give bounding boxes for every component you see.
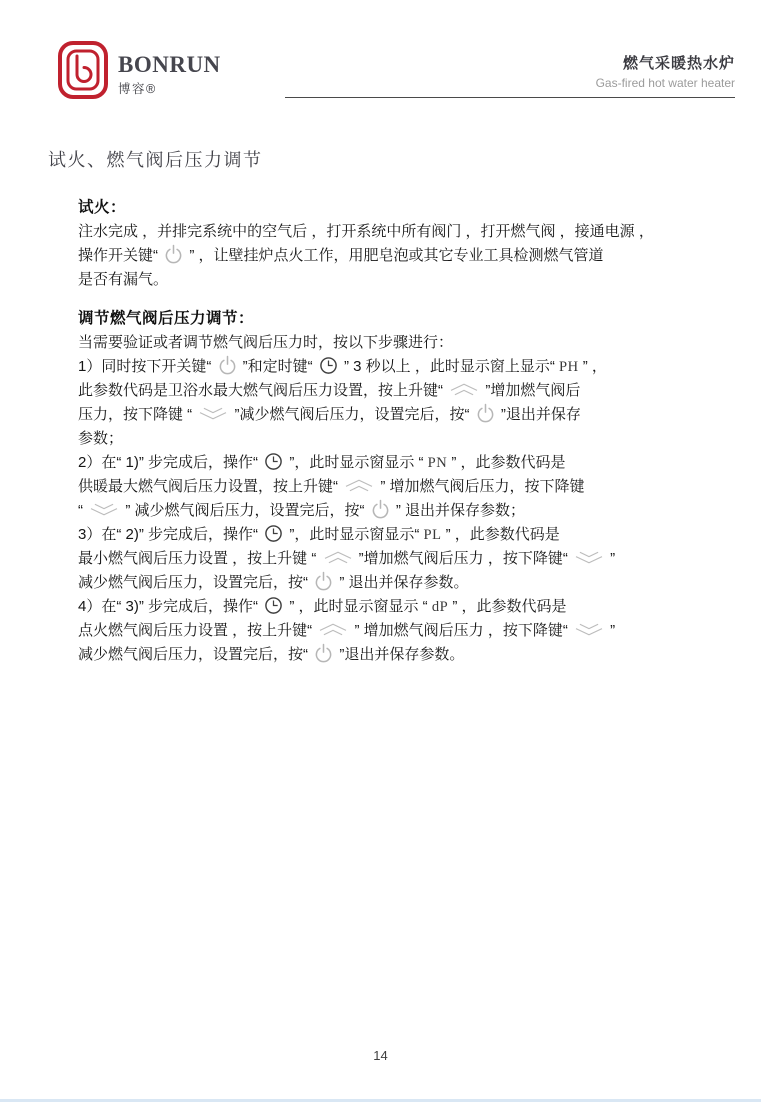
section: 试火：注水完成 ，并排完系统中的空气后 ，打开系统中所有阀门 ，打开燃气阀 ，接…: [78, 196, 738, 292]
power-key-icon: [476, 403, 495, 424]
text-run: ” ，此参数代码是: [448, 598, 566, 615]
brand-text-block: BONRUN 博容®: [118, 53, 221, 97]
text-run: ” 退出并保存参数；: [392, 502, 525, 519]
power-key-icon: [314, 571, 333, 592]
product-name-chinese: 燃气采暖热水炉: [596, 52, 735, 73]
text-line: 是否有漏气。: [78, 268, 738, 292]
text-line: 减少燃气阀后压力，设置完后，按“ ” 退出并保存参数。: [78, 571, 738, 595]
display-code: dP: [432, 599, 448, 615]
page-number: 14: [0, 1048, 761, 1063]
text-run: 减少燃气阀后压力，设置完后，按“: [78, 574, 312, 591]
text-run: ”退出并保存参数。: [335, 646, 464, 663]
brand-name-chinese: 博容®: [118, 79, 221, 97]
down-key-icon: [574, 623, 604, 636]
text-run: 4）在“ 3)” 步完成后，操作“: [78, 598, 262, 615]
text-run: ” ，此时显示窗显示 “: [285, 598, 432, 615]
display-code: PN: [428, 455, 448, 471]
text-run: 3）在“ 2)” 步完成后，操作“: [78, 526, 262, 543]
text-line: 4）在“ 3)” 步完成后，操作“ ” ，此时显示窗显示 “ dP ” ，此参数…: [78, 595, 738, 619]
text-line: 1）同时按下开关键“ ”和定时键“ ” 3 秒以上 ，此时显示窗上显示“ PH …: [78, 355, 738, 379]
header-product-block: 燃气采暖热水炉 Gas-fired hot water heater: [596, 52, 735, 90]
text-run: ”和定时键“: [239, 358, 317, 375]
power-key-icon: [371, 499, 390, 520]
brand-name: BONRUN: [118, 53, 221, 76]
text-line: 压力，按下降键 “ ”减少燃气阀后压力，设置完后，按“ ”退出并保存: [78, 403, 738, 427]
text-run: 最小燃气阀后压力设置 ，按上升键 “: [78, 550, 321, 567]
text-run: 压力，按下降键 “: [78, 406, 196, 423]
header-divider: [285, 97, 735, 98]
text-line: 当需要验证或者调节燃气阀后压力时，按以下步骤进行：: [78, 331, 738, 355]
text-run: 注水完成 ，并排完系统中的空气后 ，打开系统中所有阀门 ，打开燃气阀 ，接通电源…: [78, 223, 654, 240]
down-key-icon: [89, 503, 119, 516]
text-run: ” ，此参数代码是: [447, 454, 565, 471]
text-run: “: [78, 502, 87, 519]
section-heading: 调节燃气阀后压力调节：: [78, 307, 738, 331]
up-key-icon: [323, 551, 353, 564]
manual-content: 试火：注水完成 ，并排完系统中的空气后 ，打开系统中所有阀门 ，打开燃气阀 ，接…: [78, 196, 738, 667]
text-line: 最小燃气阀后压力设置 ，按上升键 “ ”增加燃气阀后压力 ，按下降键“ ”: [78, 547, 738, 571]
text-run: ” 减少燃气阀后压力，设置完后，按“: [121, 502, 369, 519]
section-heading: 试火：: [78, 196, 738, 220]
text-line: 减少燃气阀后压力，设置完后，按“ ”退出并保存参数。: [78, 643, 738, 667]
up-key-icon: [344, 479, 374, 492]
text-run: ”: [606, 622, 615, 639]
text-run: ” 退出并保存参数。: [335, 574, 468, 591]
text-run: ”，此时显示窗显示“: [285, 526, 423, 543]
text-run: 减少燃气阀后压力，设置完后，按“: [78, 646, 312, 663]
text-line: 此参数代码是卫浴水最大燃气阀后压力设置，按上升键“ ”增加燃气阀后: [78, 379, 738, 403]
text-line: 注水完成 ，并排完系统中的空气后 ，打开系统中所有阀门 ，打开燃气阀 ，接通电源…: [78, 220, 738, 244]
text-run: 当需要验证或者调节燃气阀后压力时，按以下步骤进行：: [78, 334, 453, 351]
down-key-icon: [574, 551, 604, 564]
text-run: ”减少燃气阀后压力，设置完后，按“: [230, 406, 473, 423]
text-run: 供暖最大燃气阀后压力设置，按上升键“: [78, 478, 342, 495]
bonrun-seal-logo-icon: [57, 40, 109, 100]
text-run: ”退出并保存: [497, 406, 581, 423]
text-line: 操作开关键“ ” ，让壁挂炉点火工作，用肥皂泡或其它专业工具检测燃气管道: [78, 244, 738, 268]
down-key-icon: [198, 407, 228, 420]
product-name-english: Gas-fired hot water heater: [596, 76, 735, 90]
timer-key-icon: [264, 596, 283, 615]
text-line: 3）在“ 2)” 步完成后，操作“ ”，此时显示窗显示“ PL ” ，此参数代码…: [78, 523, 738, 547]
text-run: ”: [606, 550, 615, 567]
brand-logo: BONRUN 博容®: [57, 40, 221, 100]
text-run: ” 增加燃气阀后压力 ，按下降键“: [350, 622, 572, 639]
text-run: 点火燃气阀后压力设置 ，按上升键“: [78, 622, 316, 639]
text-line: “ ” 减少燃气阀后压力，设置完后，按“ ” 退出并保存参数；: [78, 499, 738, 523]
section: 调节燃气阀后压力调节：当需要验证或者调节燃气阀后压力时，按以下步骤进行：1）同时…: [78, 307, 738, 667]
text-run: 1）同时按下开关键“: [78, 358, 216, 375]
timer-key-icon: [319, 356, 338, 375]
text-run: 操作开关键“: [78, 247, 162, 264]
power-key-icon: [314, 643, 333, 664]
text-run: ”，此时显示窗显示 “: [285, 454, 428, 471]
text-run: ”增加燃气阀后: [481, 382, 580, 399]
text-line: 点火燃气阀后压力设置 ，按上升键“ ” 增加燃气阀后压力 ，按下降键“ ”: [78, 619, 738, 643]
display-code: PL: [424, 527, 442, 543]
timer-key-icon: [264, 452, 283, 471]
text-run: ” ，此参数代码是: [441, 526, 559, 543]
text-run: ” ，让壁挂炉点火工作，用肥皂泡或其它专业工具检测燃气管道: [185, 247, 603, 264]
display-code: PH: [559, 359, 579, 375]
text-run: 是否有漏气。: [78, 271, 168, 288]
power-key-icon: [218, 355, 237, 376]
text-line: 2）在“ 1)” 步完成后，操作“ ”，此时显示窗显示 “ PN ” ，此参数代…: [78, 451, 738, 475]
text-run: 此参数代码是卫浴水最大燃气阀后压力设置，按上升键“: [78, 382, 447, 399]
page-title: 试火、燃气阀后压力调节: [48, 146, 263, 172]
up-key-icon: [318, 623, 348, 636]
up-key-icon: [449, 383, 479, 396]
text-run: ”增加燃气阀后压力 ，按下降键“: [355, 550, 573, 567]
text-line: 供暖最大燃气阀后压力设置，按上升键“ ” 增加燃气阀后压力，按下降键: [78, 475, 738, 499]
text-run: 2）在“ 1)” 步完成后，操作“: [78, 454, 262, 471]
power-key-icon: [164, 244, 183, 265]
text-run: 参数；: [78, 430, 123, 447]
text-run: ” ，: [579, 358, 607, 375]
timer-key-icon: [264, 524, 283, 543]
text-run: ” 3 秒以上 ，此时显示窗上显示“: [340, 358, 559, 375]
text-line: 参数；: [78, 427, 738, 451]
text-run: ” 增加燃气阀后压力，按下降键: [376, 478, 584, 495]
